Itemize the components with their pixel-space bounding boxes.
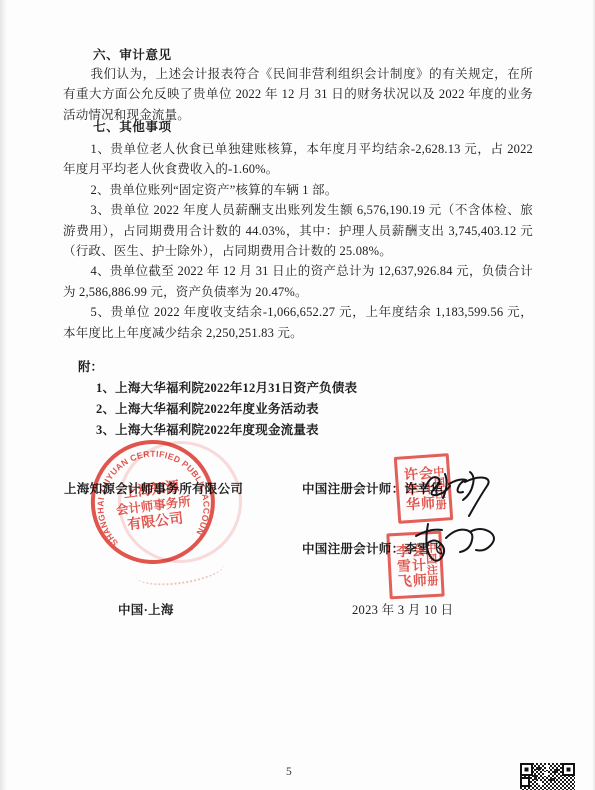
attachment-item: 1、上海大华福利院2022年12月31日资产负债表 (78, 378, 357, 399)
section7-item: 1、贵单位老人伙食已单独建账核算，本年度月平均结余-2,628.13 元，占 2… (63, 139, 533, 180)
section7-item: 3、贵单位 2022 年度人员薪酬支出账列发生额 6,576,190.19 元（… (63, 200, 533, 261)
section7-heading: 七、其他事项 (93, 116, 172, 135)
place-label: 中国·上海 (118, 600, 174, 618)
attachments-block: 附： 1、上海大华福利院2022年12月31日资产负债表 2、上海大华福利院20… (78, 357, 357, 441)
section7-item: 4、贵单位截至 2022 年 12 月 31 日止的资产总计为 12,637,9… (63, 261, 533, 302)
section7-item: 2、贵单位账列“固定资产”核算的车辆 1 部。 (63, 180, 533, 200)
section6-heading: 六、审计意见 (93, 44, 172, 63)
report-date: 2023 年 3 月 10 日 (352, 600, 453, 618)
attachments-label: 附： (78, 357, 357, 378)
cpa1-signature (415, 460, 505, 522)
qr-code (520, 763, 575, 790)
attachment-item: 3、上海大华福利院2022年度现金流量表 (78, 420, 357, 441)
firm-round-seal: SHANGHAI ZHIYUAN CERTIFIED PUBLIC ACCOUN… (81, 431, 226, 576)
section7-item: 5、贵单位 2022 年度收支结余-1,066,652.27 元，上年度结余 1… (63, 302, 533, 343)
cpa2-signature (408, 516, 508, 574)
attachment-item: 2、上海大华福利院2022年度业务活动表 (78, 399, 357, 420)
page-number: 5 (286, 766, 292, 778)
section7-items: 1、贵单位老人伙食已单独建账核算，本年度月平均结余-2,628.13 元，占 2… (63, 139, 533, 343)
audit-report-page: 六、审计意见 我们认为，上述会计报表符合《民间非营利组织会计制度》的有关规定，在… (0, 0, 595, 790)
